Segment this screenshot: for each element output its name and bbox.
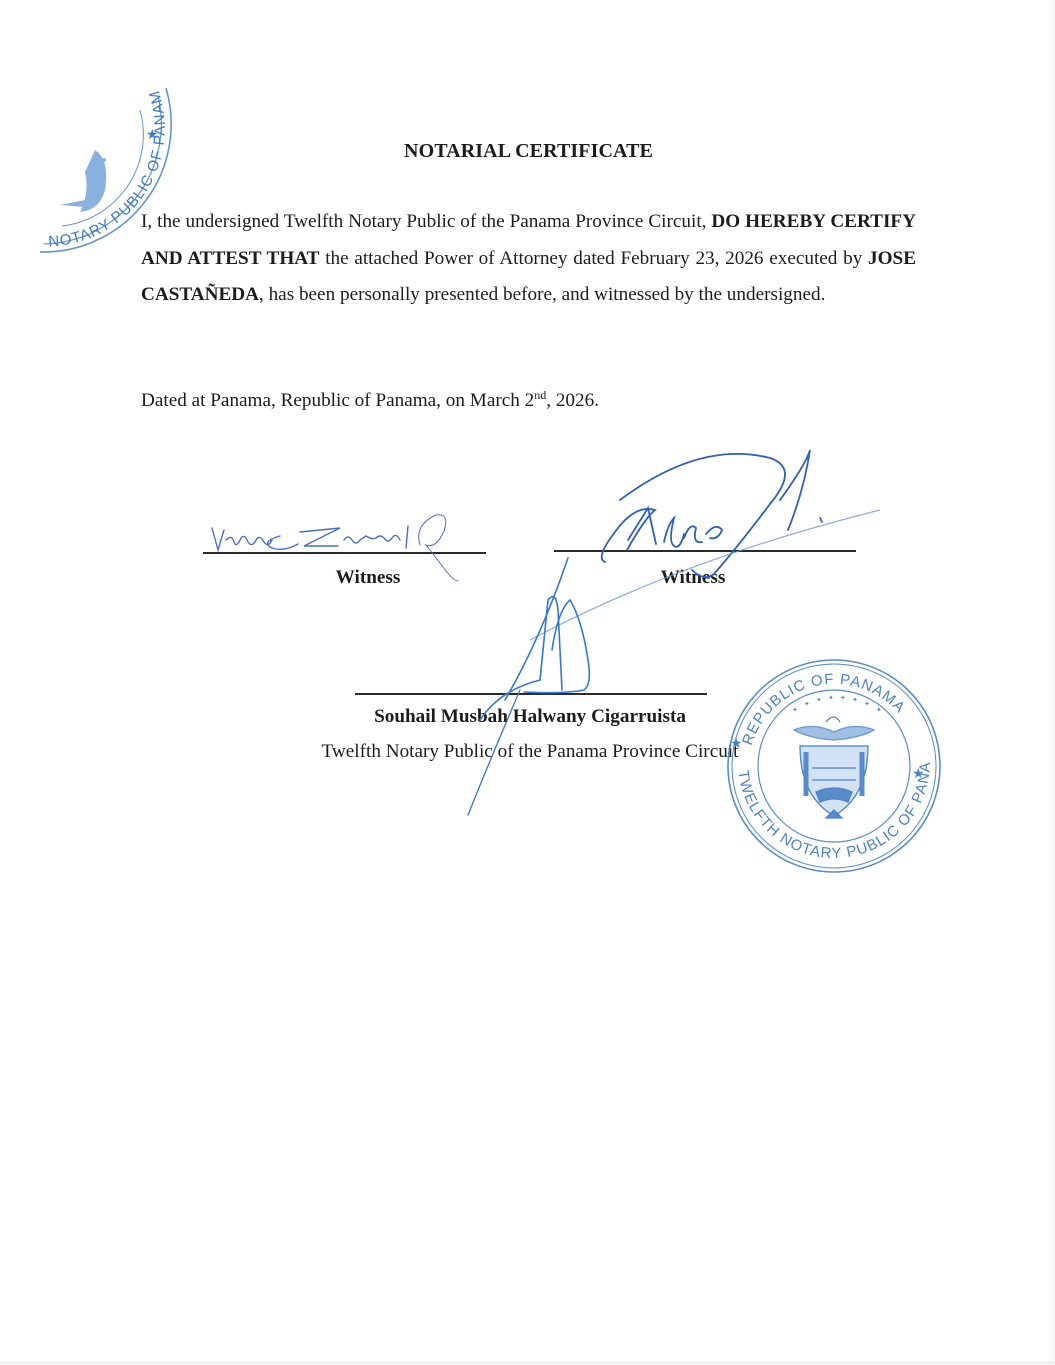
svg-text:✦: ✦ bbox=[828, 694, 834, 702]
page-edge-bottom bbox=[0, 1361, 1055, 1365]
witness-2-signature bbox=[602, 450, 822, 577]
notary-signature bbox=[468, 558, 589, 815]
body-text-3: , has been personally presented before, … bbox=[259, 284, 825, 305]
svg-text:✦: ✦ bbox=[792, 706, 798, 714]
witness-2-label: Witness bbox=[540, 567, 846, 589]
witness-2-signature-line bbox=[554, 550, 856, 552]
page-title: NOTARIAL CERTIFICATE bbox=[0, 140, 1055, 163]
witness-1-label: Witness bbox=[203, 567, 533, 589]
notary-signature-line bbox=[355, 693, 707, 695]
svg-text:TWELFTH NOTARY PUBLIC OF PANAM: TWELFTH NOTARY PUBLIC OF PANAMA bbox=[0, 0, 934, 862]
svg-text:✦: ✦ bbox=[876, 706, 882, 714]
certificate-body: I, the undersigned Twelfth Notary Public… bbox=[141, 204, 916, 314]
body-text-1: I, the undersigned Twelfth Notary Public… bbox=[141, 211, 711, 232]
svg-text:✦: ✦ bbox=[816, 696, 822, 704]
notary-name: Souhail Musbah Halwany Cigarruista bbox=[300, 706, 760, 728]
witness-1-signature-line bbox=[203, 552, 486, 554]
svg-text:✦: ✦ bbox=[804, 700, 810, 708]
page-edge bbox=[1047, 0, 1055, 1365]
svg-text:REPUBLIC OF PANAMA: REPUBLIC OF PANAMA bbox=[739, 671, 909, 747]
notary-title: Twelfth Notary Public of the Panama Prov… bbox=[290, 741, 770, 763]
svg-text:★: ★ bbox=[912, 766, 925, 782]
svg-text:✦: ✦ bbox=[852, 696, 858, 704]
dated-line: Dated at Panama, Republic of Panama, on … bbox=[141, 386, 599, 416]
svg-text:✦: ✦ bbox=[840, 694, 846, 702]
body-text-2: the attached Power of Attorney dated Feb… bbox=[319, 248, 868, 269]
svg-text:✦: ✦ bbox=[864, 700, 870, 708]
